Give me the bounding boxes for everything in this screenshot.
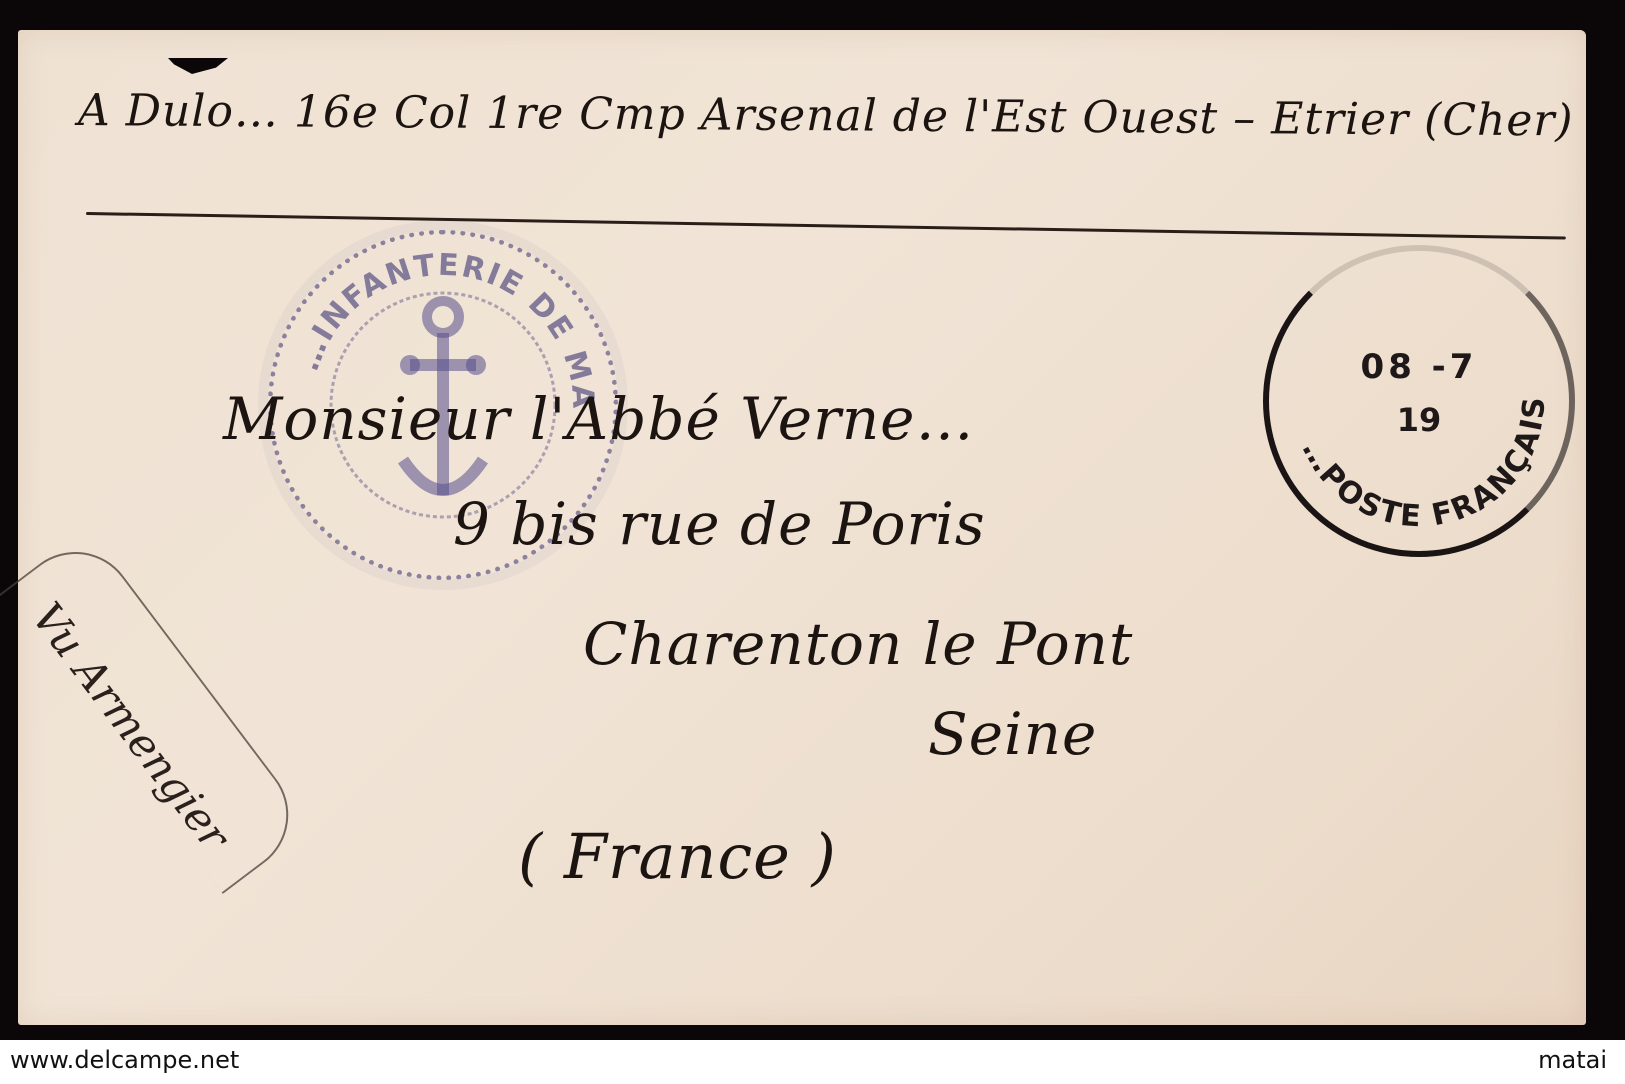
postmark: …POSTE FRANÇAISE 08 -7 19 <box>1263 245 1575 557</box>
svg-text:…POSTE FRANÇAISE: …POSTE FRANÇAISE <box>1269 251 1552 534</box>
address-line-4: Seine <box>928 700 1097 768</box>
site-watermark: www.delcampe.net <box>10 1046 239 1074</box>
postmark-year: 19 <box>1269 401 1569 439</box>
seller-watermark: matai <box>1538 1046 1607 1074</box>
sender-handwriting: A Dulo… 16e Col 1re Cmp Arsenal de l'Est… <box>78 85 1574 146</box>
torn-edge <box>168 58 228 74</box>
address-line-2: 9 bis rue de Poris <box>453 490 986 558</box>
annotation-frame <box>0 528 312 894</box>
address-line-5: ( France ) <box>518 820 837 893</box>
address-line-1: Monsieur l'Abbé Verne… <box>223 385 975 453</box>
postmark-text: …POSTE FRANÇAISE <box>1269 251 1552 534</box>
boxed-annotation: Vu Armengier <box>0 529 308 891</box>
address-line-3: Charenton le Pont <box>583 610 1133 678</box>
envelope: A Dulo… 16e Col 1re Cmp Arsenal de l'Est… <box>18 30 1586 1025</box>
footer-bar: www.delcampe.net matai <box>0 1040 1625 1084</box>
postmark-date: 08 -7 <box>1269 347 1569 387</box>
